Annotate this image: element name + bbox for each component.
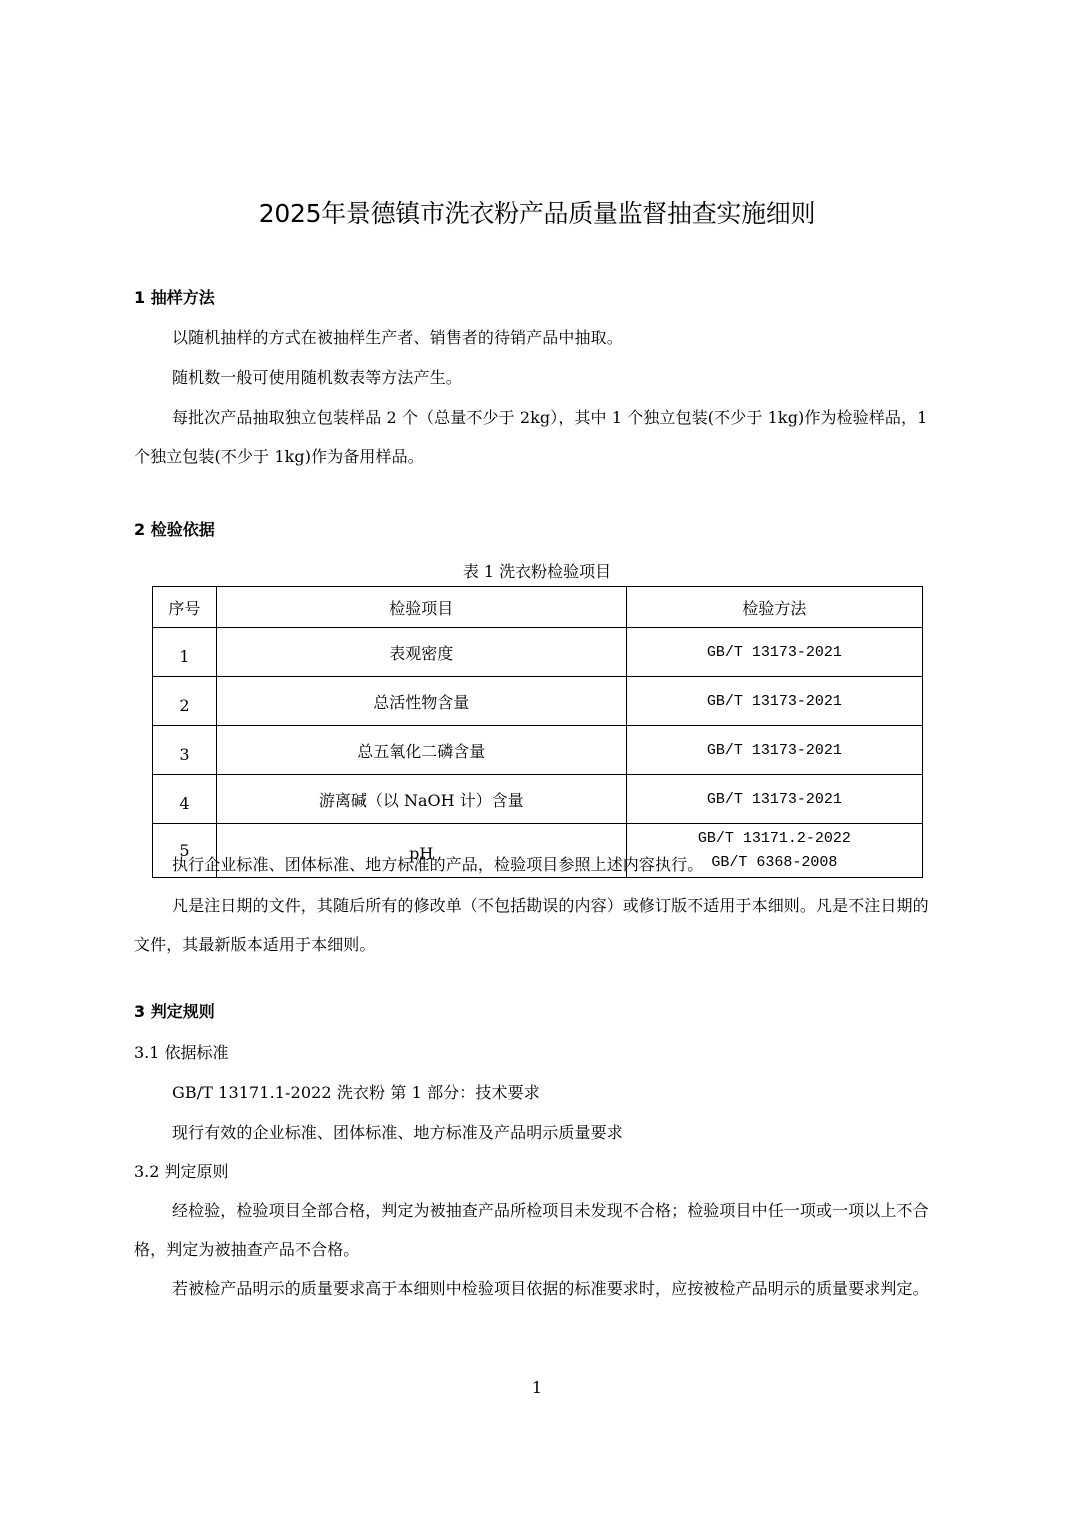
row-item: 游离碱（以 NaOH 计）含量	[216, 775, 626, 824]
section-3-1-heading: 3.1 依据标准	[134, 1041, 229, 1065]
section-2-paragraph-1: 执行企业标准、团体标准、地方标准的产品，检验项目参照上述内容执行。	[134, 845, 944, 884]
header-item: 检验项目	[216, 587, 626, 628]
row-method: GB/T 13173-2021	[626, 628, 922, 677]
section-1-paragraph-3: 每批次产品抽取独立包装样品 2 个（总量不少于 2kg），其中 1 个独立包装(…	[134, 398, 944, 476]
row-item: 表观密度	[216, 628, 626, 677]
table-row: 2 总活性物含量 GB/T 13173-2021	[153, 677, 923, 726]
row-no: 3	[153, 726, 217, 775]
section-2-paragraph-2: 凡是注日期的文件，其随后所有的修改单（不包括勘误的内容）或修订版不适用于本细则。…	[134, 886, 944, 964]
section-3-2-heading: 3.2 判定原则	[134, 1160, 229, 1184]
table-header-row: 序号 检验项目 检验方法	[153, 587, 923, 628]
inspection-items-table: 序号 检验项目 检验方法 1 表观密度 GB/T 13173-2021 2 总活…	[152, 586, 923, 878]
section-1-paragraph-2: 随机数一般可使用随机数表等方法产生。	[134, 358, 944, 397]
page-number: 1	[0, 1376, 1074, 1400]
section-3-1-paragraph-1: GB/T 13171.1-2022 洗衣粉 第 1 部分：技术要求	[134, 1073, 944, 1112]
table-row: 4 游离碱（以 NaOH 计）含量 GB/T 13173-2021	[153, 775, 923, 824]
document-title: 2025年景德镇市洗衣粉产品质量监督抽查实施细则	[0, 196, 1074, 232]
row-no: 4	[153, 775, 217, 824]
table-caption: 表 1 洗衣粉检验项目	[0, 560, 1074, 584]
section-3-2-paragraph-1: 经检验，检验项目全部合格，判定为被抽查产品所检项目未发现不合格；检验项目中任一项…	[134, 1191, 944, 1269]
section-2-heading: 2 检验依据	[134, 518, 215, 542]
row-item: 总五氧化二磷含量	[216, 726, 626, 775]
row-method: GB/T 13173-2021	[626, 726, 922, 775]
table-row: 1 表观密度 GB/T 13173-2021	[153, 628, 923, 677]
row-item: 总活性物含量	[216, 677, 626, 726]
row-no: 1	[153, 628, 217, 677]
section-3-heading: 3 判定规则	[134, 1000, 215, 1024]
section-3-2-paragraph-2: 若被检产品明示的质量要求高于本细则中检验项目依据的标准要求时，应按被检产品明示的…	[134, 1269, 944, 1308]
row-method: GB/T 13173-2021	[626, 677, 922, 726]
section-3-1-paragraph-2: 现行有效的企业标准、团体标准、地方标准及产品明示质量要求	[134, 1113, 944, 1152]
section-1-heading: 1 抽样方法	[134, 286, 215, 310]
section-1-paragraph-1: 以随机抽样的方式在被抽样生产者、销售者的待销产品中抽取。	[134, 318, 944, 357]
header-no: 序号	[153, 587, 217, 628]
table-row: 3 总五氧化二磷含量 GB/T 13173-2021	[153, 726, 923, 775]
header-method: 检验方法	[626, 587, 922, 628]
row-no: 2	[153, 677, 217, 726]
row-method: GB/T 13173-2021	[626, 775, 922, 824]
